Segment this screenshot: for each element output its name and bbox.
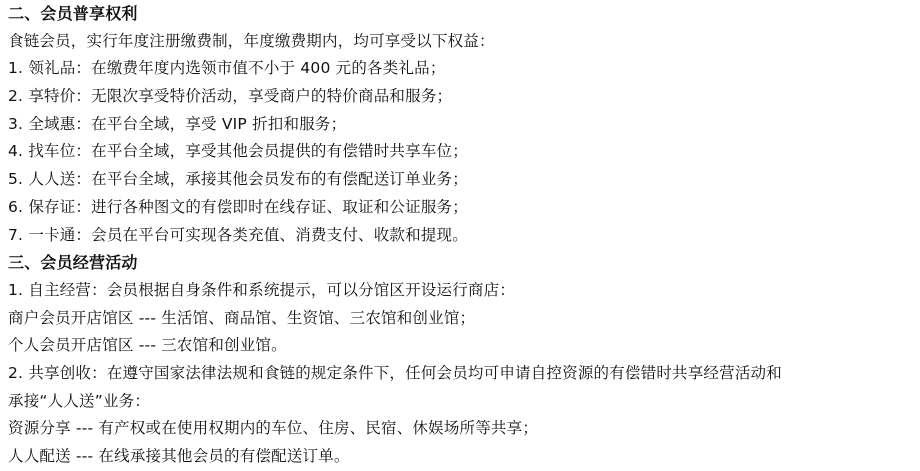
document: 二、会员普享权利 食链会员，实行年度注册缴费制，年度缴费期内，均可享受以下权益：…: [0, 0, 920, 471]
activity-delivery: 人人配送 --- 在线承接其他会员的有偿配送订单。: [8, 443, 920, 471]
activity-self-operation: 1. 自主经营：会员根据自身条件和系统提示，可以分馆区开设运行商店：: [8, 277, 920, 305]
activity-sharing-cont: 承接“人人送”业务：: [8, 388, 920, 416]
rights-item-evidence: 6. 保存证：进行各种图文的有偿即时在线存证、取证和公证服务；: [8, 194, 920, 222]
rights-item-gift: 1. 领礼品：在缴费年度内选领市值不小于 400 元的各类礼品；: [8, 55, 920, 83]
activity-personal-halls: 个人会员开店馆区 --- 三农馆和创业馆。: [8, 332, 920, 360]
rights-item-card: 7. 一卡通：会员在平台可实现各类充值、消费支付、收款和提现。: [8, 222, 920, 250]
rights-item-parking: 4. 找车位：在平台全域，享受其他会员提供的有偿错时共享车位；: [8, 138, 920, 166]
activity-merchant-halls: 商户会员开店馆区 --- 生活馆、商品馆、生资馆、三农馆和创业馆；: [8, 305, 920, 333]
rights-item-vip: 3. 全域惠：在平台全域，享受 VIP 折扣和服务；: [8, 111, 920, 139]
rights-intro: 食链会员，实行年度注册缴费制，年度缴费期内，均可享受以下权益：: [8, 28, 920, 56]
rights-item-special-price: 2. 享特价：无限次享受特价活动，享受商户的特价商品和服务；: [8, 83, 920, 111]
activity-resource-share: 资源分享 --- 有产权或在使用权期内的车位、住房、民宿、休娱场所等共享；: [8, 415, 920, 443]
activity-sharing: 2. 共享创收：在遵守国家法律法规和食链的规定条件下，任何会员均可申请自控资源的…: [8, 360, 920, 388]
section-heading-rights: 二、会员普享权利: [8, 0, 920, 28]
section-heading-activities: 三、会员经营活动: [8, 249, 920, 277]
rights-item-delivery: 5. 人人送：在平台全域，承接其他会员发布的有偿配送订单业务；: [8, 166, 920, 194]
